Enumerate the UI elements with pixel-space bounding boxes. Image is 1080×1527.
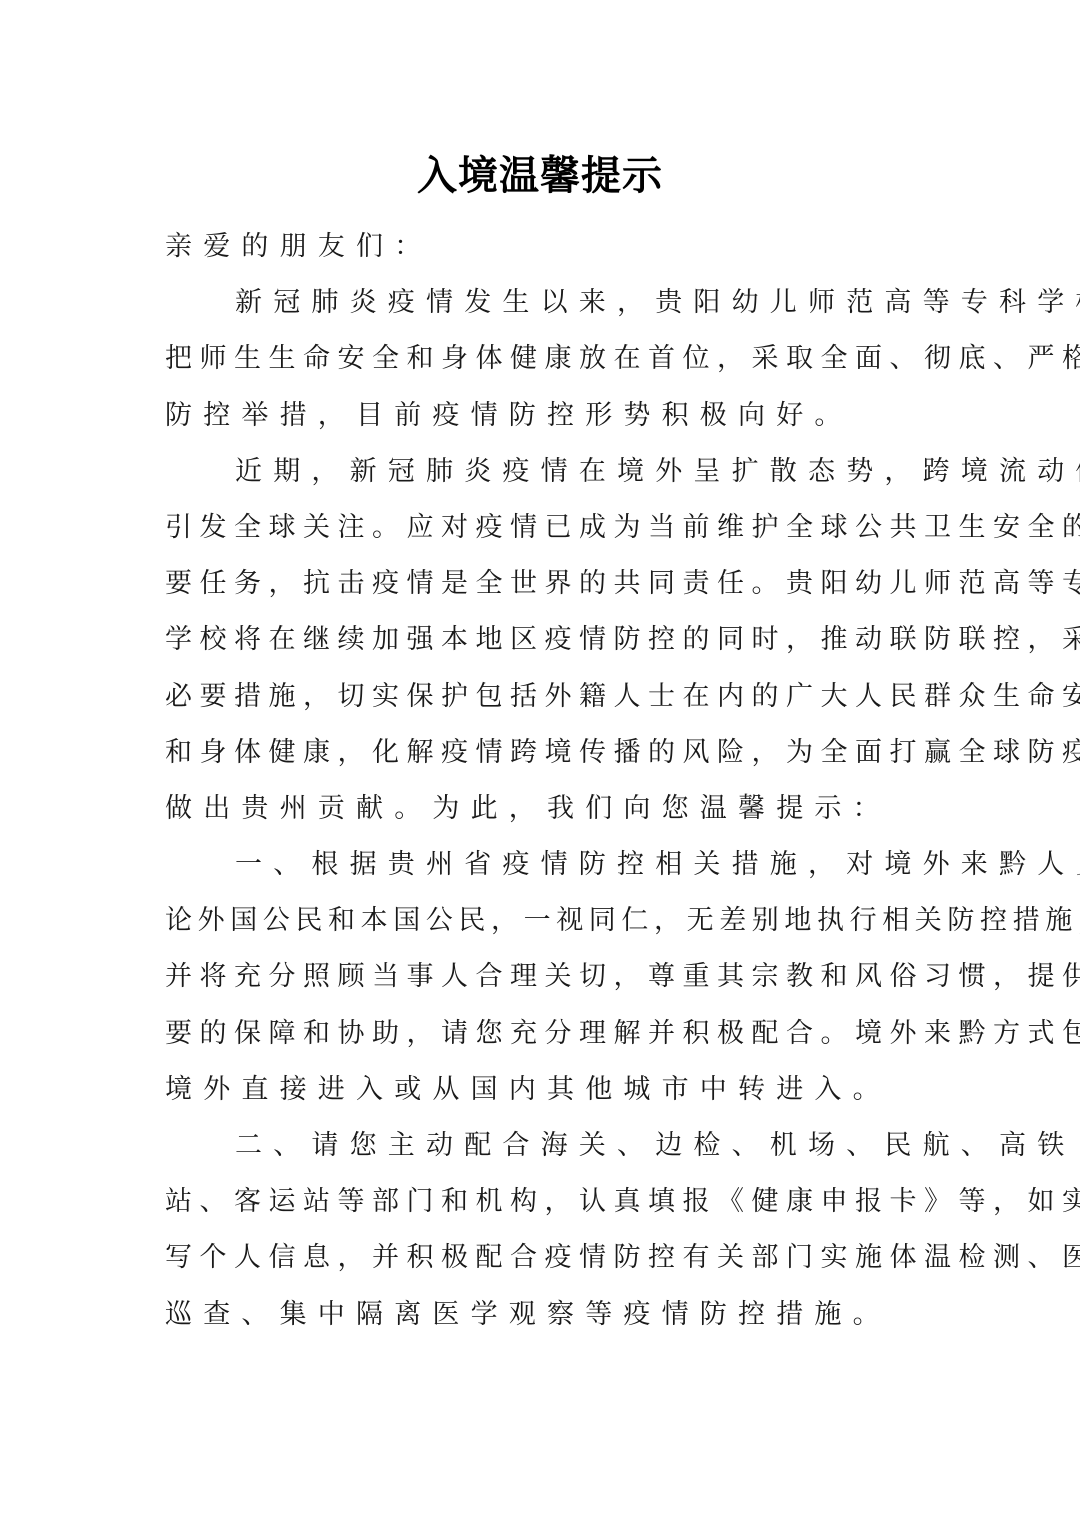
paragraph-line: 要的保障和协助，请您充分理解并积极配合。境外来黔方式包括	[165, 1009, 917, 1065]
paragraph-line: 引发全球关注。应对疫情已成为当前维护全球公共卫生安全的首	[165, 503, 917, 559]
paragraph-line: 新冠肺炎疫情发生以来，贵阳幼儿师范高等专科学校始终	[165, 278, 917, 334]
paragraph-line: 写个人信息，并积极配合疫情防控有关部门实施体温检测、医学	[165, 1233, 917, 1289]
paragraph-line: 论外国公民和本国公民，一视同仁，无差别地执行相关防控措施，	[165, 896, 917, 952]
paragraph-line: 把师生生命安全和身体健康放在首位，采取全面、彻底、严格的	[165, 334, 917, 390]
document-title: 入境温馨提示	[0, 146, 1080, 206]
paragraph-line: 站、客运站等部门和机构，认真填报《健康申报卡》等，如实填	[165, 1177, 917, 1233]
paragraph-line: 境外直接进入或从国内其他城市中转进入。	[165, 1065, 917, 1121]
document-body: 亲爱的朋友们： 新冠肺炎疫情发生以来，贵阳幼儿师范高等专科学校始终 把师生生命安…	[165, 222, 917, 1346]
paragraph-line: 防控举措，目前疫情防控形势积极向好。	[165, 391, 917, 447]
paragraph-4: 二、请您主动配合海关、边检、机场、民航、高铁（火车） 站、客运站等部门和机构，认…	[165, 1121, 917, 1346]
paragraph-line: 要任务，抗击疫情是全世界的共同责任。贵阳幼儿师范高等专科	[165, 559, 917, 615]
paragraph-line: 二、请您主动配合海关、边检、机场、民航、高铁（火车）	[165, 1121, 917, 1177]
paragraph-line: 做出贵州贡献。为此，我们向您温馨提示：	[165, 784, 917, 840]
document-page: 入境温馨提示 亲爱的朋友们： 新冠肺炎疫情发生以来，贵阳幼儿师范高等专科学校始终…	[0, 0, 1080, 1527]
paragraph-line: 并将充分照顾当事人合理关切，尊重其宗教和风俗习惯，提供必	[165, 952, 917, 1008]
paragraph-2: 近期，新冠肺炎疫情在境外呈扩散态势，跨境流动传播正 引发全球关注。应对疫情已成为…	[165, 447, 917, 840]
paragraph-line: 巡查、集中隔离医学观察等疫情防控措施。	[165, 1290, 917, 1346]
salutation: 亲爱的朋友们：	[165, 222, 917, 278]
paragraph-1: 新冠肺炎疫情发生以来，贵阳幼儿师范高等专科学校始终 把师生生命安全和身体健康放在…	[165, 278, 917, 447]
paragraph-line: 学校将在继续加强本地区疫情防控的同时，推动联防联控，采取	[165, 615, 917, 671]
paragraph-3: 一、根据贵州省疫情防控相关措施，对境外来黔人员，无 论外国公民和本国公民，一视同…	[165, 840, 917, 1121]
paragraph-line: 一、根据贵州省疫情防控相关措施，对境外来黔人员，无	[165, 840, 917, 896]
paragraph-line: 和身体健康，化解疫情跨境传播的风险，为全面打赢全球防疫战	[165, 728, 917, 784]
paragraph-line: 必要措施，切实保护包括外籍人士在内的广大人民群众生命安全	[165, 672, 917, 728]
paragraph-line: 近期，新冠肺炎疫情在境外呈扩散态势，跨境流动传播正	[165, 447, 917, 503]
